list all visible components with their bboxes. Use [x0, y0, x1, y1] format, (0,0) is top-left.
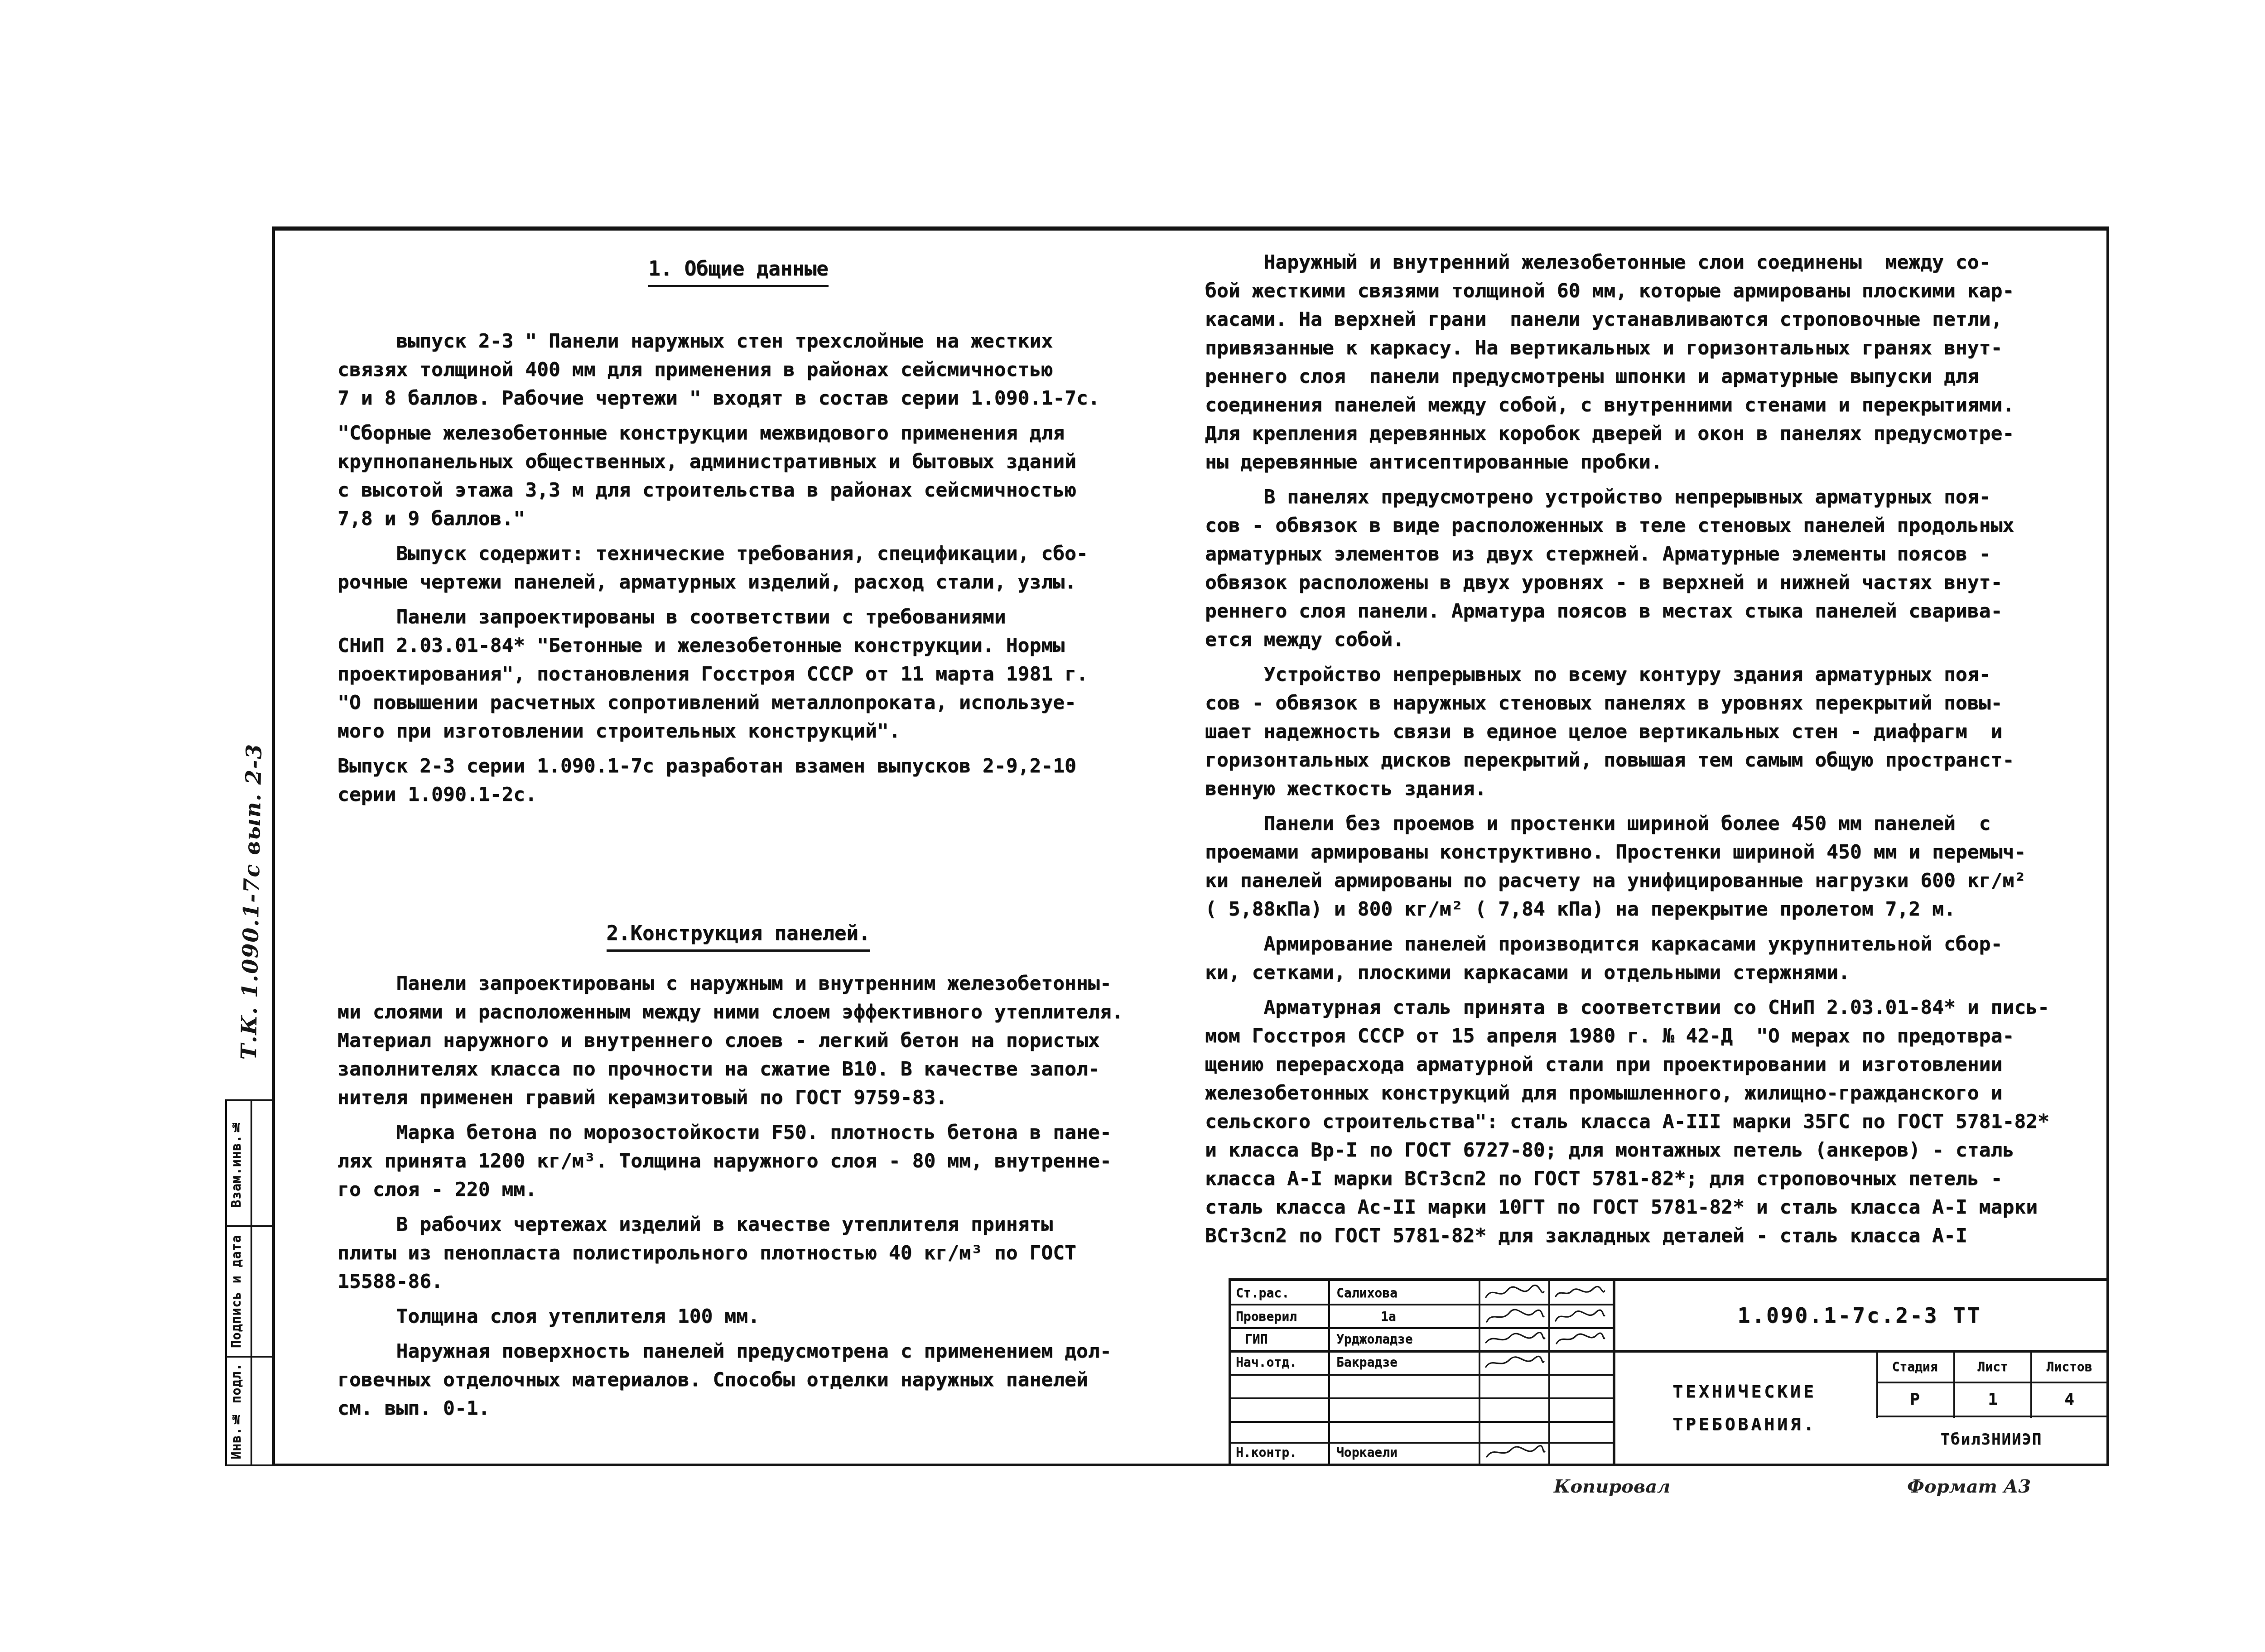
paragraph: Панели запроектированы в соответствии с … [337, 603, 1153, 746]
approval-role: Н.контр. [1236, 1445, 1297, 1460]
stamp-line [1231, 1397, 1613, 1399]
organization-name: ТбилЗНИИЭП [1876, 1416, 2106, 1464]
approval-name: Салихова [1336, 1286, 1398, 1300]
copied-by-note: Копировал [1554, 1476, 1670, 1497]
signature-scribble [1483, 1443, 1547, 1462]
date-scribble [1553, 1284, 1607, 1303]
paragraph: Панели запроектированы с наружным и внут… [337, 969, 1153, 1112]
paragraph: Марка бетона по морозостойкости F50. пло… [337, 1118, 1153, 1204]
paragraph: Устройство непрерывных по всему контуру … [1205, 660, 2097, 803]
stage-value: Р [1876, 1383, 1953, 1416]
section2-heading-text: 2.Конструкция панелей. [607, 922, 871, 952]
approval-name: Чоркаели [1336, 1445, 1398, 1460]
approval-role: ГИП [1245, 1332, 1268, 1347]
approval-role: Ст.рас. [1236, 1286, 1289, 1300]
paragraph: В рабочих чертежах изделий в качестве ут… [337, 1210, 1153, 1296]
signature-scribble [1483, 1307, 1547, 1326]
section1-heading-text: 1. Общие данные [648, 257, 828, 287]
margin-cell-divider [251, 1101, 252, 1225]
margin-cell-podpis-data: Подпись и дата [225, 1225, 274, 1358]
title-block: Ст.рас. Салихова Проверил 1а ГИП Урджола… [1229, 1278, 2109, 1466]
stamp-line [1328, 1281, 1330, 1464]
margin-cell-vzam-inv: Взам.инв.№ [225, 1099, 274, 1227]
stage-header-stadia: Стадия [1876, 1352, 1953, 1382]
paragraph: Выпуск 2-3 серии 1.090.1-7с разработан в… [337, 752, 1153, 809]
paragraph: Панели без проемов и простенки шириной б… [1205, 809, 2097, 924]
paragraph: Толщина слоя утеплителя 100 мм. [337, 1302, 1153, 1331]
left-column-section2: Панели запроектированы с наружным и внут… [337, 969, 1153, 1429]
section2-heading: 2.Конструкция панелей. [335, 922, 1142, 945]
paragraph: Наружный и внутренний железобетонные сло… [1205, 248, 2097, 477]
stamp-line [1231, 1304, 1613, 1305]
stamp-line [1479, 1281, 1480, 1464]
margin-cell-inv-podl: Инв.№ подл. [225, 1356, 274, 1466]
approval-role: Проверил [1236, 1309, 1297, 1324]
document-code: 1.090.1-7с.2-3 ТТ [1613, 1281, 2106, 1350]
left-column-section1: выпуск 2-3 " Панели наружных стен трехсл… [337, 327, 1153, 815]
document-title-line1: ТЕХНИЧЕСКИЕ [1672, 1382, 1817, 1402]
margin-cell-divider [251, 1227, 252, 1356]
format-note: Формат А3 [1907, 1476, 2031, 1497]
margin-cell-label: Взам.инв.№ [229, 1119, 244, 1208]
paragraph: Выпуск содержит: технические требования,… [337, 539, 1153, 597]
scanned-document-page: Т.К. 1.090.1-7с вып. 2-3 Взам.инв.№ Подп… [0, 0, 2265, 1652]
stage-header-listov: Листов [2032, 1352, 2106, 1382]
stage-header-list: Лист [1955, 1352, 2030, 1382]
signature-scribble [1483, 1284, 1547, 1303]
signature-scribble [1483, 1353, 1547, 1373]
paragraph: "Сборные железобетонные конструкции межв… [337, 419, 1153, 533]
signature-scribble [1483, 1330, 1547, 1349]
sheet-count: 4 [2032, 1383, 2106, 1416]
stamp-line [1231, 1374, 1613, 1376]
section1-heading: 1. Общие данные [335, 257, 1142, 280]
approval-name: Урджоладзе [1336, 1332, 1413, 1347]
approval-name: Бакрадзе [1336, 1355, 1398, 1370]
sheet-number: 1 [1955, 1383, 2030, 1416]
right-column: Наружный и внутренний железобетонные сло… [1205, 248, 2097, 1257]
margin-note-text: Т.К. 1.090.1-7с вып. 2-3 [236, 743, 266, 1060]
date-scribble [1553, 1307, 1607, 1326]
document-title-line2: ТРЕБОВАНИЯ. [1672, 1414, 1817, 1434]
margin-cell-label: Подпись и дата [229, 1235, 244, 1348]
margin-cell-divider [251, 1358, 252, 1464]
approval-name: 1а [1381, 1309, 1396, 1324]
paragraph: выпуск 2-3 " Панели наружных стен трехсл… [337, 327, 1153, 413]
approval-role: Нач.отд. [1236, 1355, 1297, 1370]
paragraph: Наружная поверхность панелей предусмотре… [337, 1337, 1153, 1423]
document-title: ТЕХНИЧЕСКИЕ ТРЕБОВАНИЯ. [1613, 1352, 1876, 1464]
stamp-line [1231, 1421, 1613, 1423]
stamp-line [1231, 1442, 1613, 1444]
stamp-line [1548, 1281, 1550, 1464]
margin-handwritten-note: Т.К. 1.090.1-7с вып. 2-3 [226, 698, 276, 1105]
paragraph: Армирование панелей производится каркаса… [1205, 930, 2097, 987]
stamp-line [1231, 1327, 1613, 1329]
date-scribble [1553, 1330, 1607, 1349]
paragraph: Арматурная сталь принята в соответствии … [1205, 993, 2097, 1250]
paragraph: В панелях предусмотрено устройство непре… [1205, 483, 2097, 654]
margin-cell-label: Инв.№ подл. [229, 1363, 244, 1459]
